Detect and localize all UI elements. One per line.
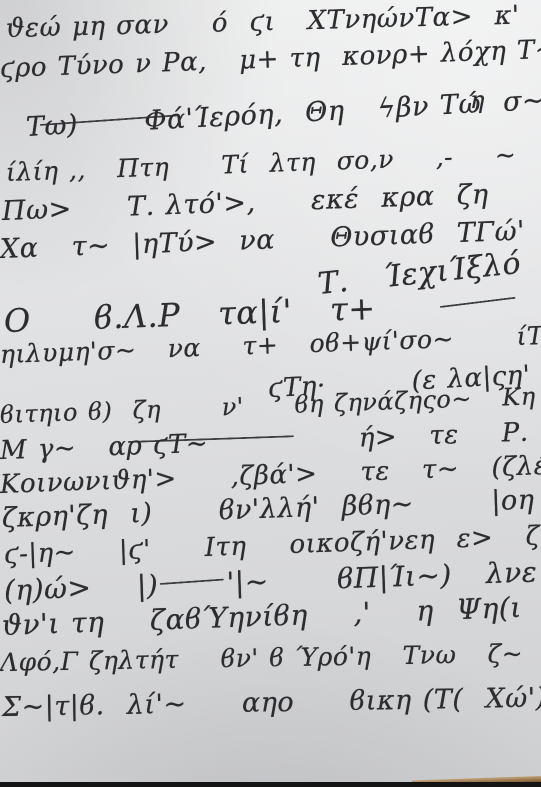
handwriting-line: Πω> Τ. λτό'>, εκέ κρα ζη [2, 181, 489, 225]
handwriting-line: ϛρο Τύνο ν Ρα, μ+ τη κονρ+ λόχη Τ~ [0, 37, 541, 82]
handwritten-note-photo: ϑεώ μη σαν ό ϛι ΧΤνηώνΤα> κ' ϛρο Τύνο ν … [0, 0, 541, 787]
handwriting-line: Τω) Φά'Ίερόη, Θη ϟβν Τώ σ~ [25, 87, 541, 141]
handwriting-line: ίλίη ,, Πτη Τί λτη σο,ν ,- ~ - [6, 140, 541, 185]
handwriting-line: Λφό,Γ ζηλτήτ ϐν' ϐ Ύρό'η Τνω ζ~ ΓοΤικώ' [0, 639, 541, 675]
handwriting-line: ϑεώ μη σαν ό ϛι ΧΤνηώνΤα> κ' [6, 3, 520, 42]
handwriting-line: Σ~|τ|ϐ. λί'~ αηο ϐικη (Τ( Χώ') π~ [2, 683, 541, 721]
photo-bottom-edge [0, 782, 541, 787]
ink-stroke-underline [440, 297, 516, 308]
